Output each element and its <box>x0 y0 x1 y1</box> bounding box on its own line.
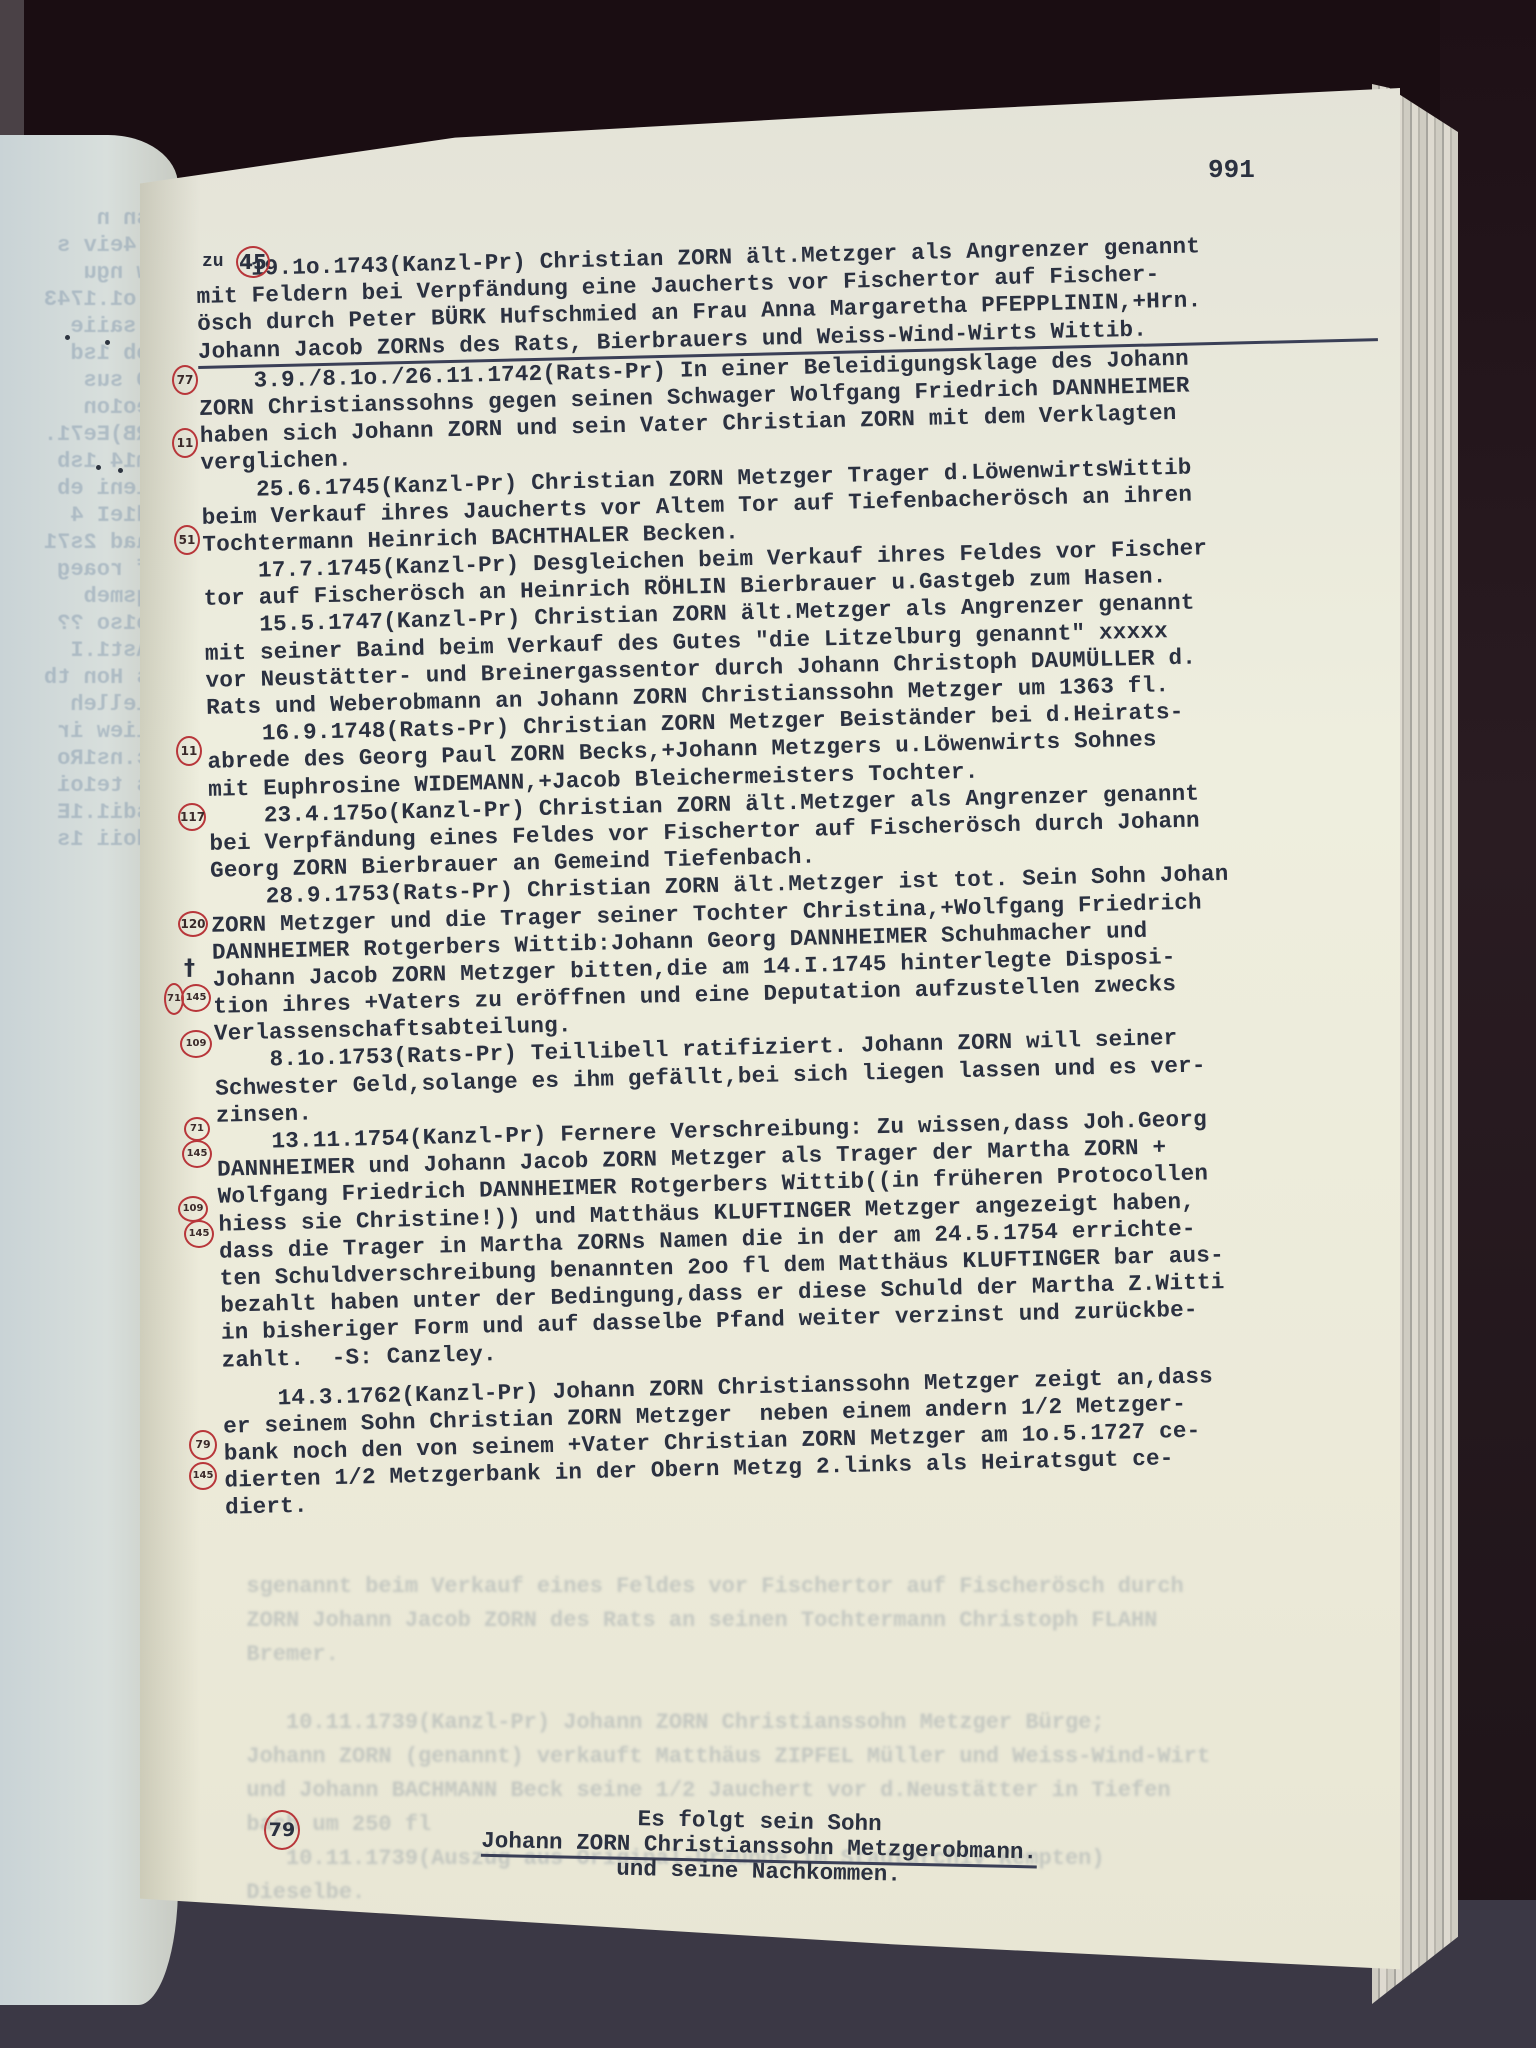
left-page-mark <box>65 335 70 340</box>
margin-ref: 51 <box>174 525 200 555</box>
margin-ref: 145 <box>189 1462 217 1490</box>
entry: 28.9.1753(Rats-Pr) Christian ZORN ält.Me… <box>210 857 1394 1048</box>
section-ref-circle: 45 <box>236 246 270 278</box>
footer-margin-ref: 79 <box>264 1810 300 1850</box>
margin-ref: 145 <box>182 1140 212 1168</box>
margin-ref: 71 <box>184 1117 210 1141</box>
entries-block: 19.1o.1743(Kanzl-Pr) Christian ZORN ält.… <box>195 202 1405 1522</box>
margin-ref: 77 <box>172 365 198 395</box>
margin-ref: 11 <box>172 428 198 458</box>
margin-ref: 109 <box>180 1030 212 1058</box>
margin-ref: 117 <box>178 803 206 831</box>
deceased-cross-icon: † <box>184 956 195 981</box>
background-object <box>0 0 24 150</box>
entry: 13.11.1754(Kanzl-Pr) Fernere Verschreibu… <box>216 1102 1401 1374</box>
margin-ref: 109 <box>178 1196 208 1222</box>
margin-ref: 79 <box>189 1430 217 1460</box>
entry: 14.3.1762(Kanzl-Pr) Johann ZORN Christia… <box>222 1359 1405 1523</box>
left-page-mark <box>96 465 101 470</box>
margin-ref: 145 <box>184 1220 214 1248</box>
margin-ref: 11 <box>176 736 202 766</box>
section-prefix: zu <box>202 252 224 272</box>
margin-ref: 145 <box>181 984 211 1012</box>
left-page-mark <box>105 340 110 345</box>
left-page-mark <box>118 468 123 473</box>
margin-ref: 120 <box>178 911 208 937</box>
page-number: 991 <box>1208 155 1255 185</box>
